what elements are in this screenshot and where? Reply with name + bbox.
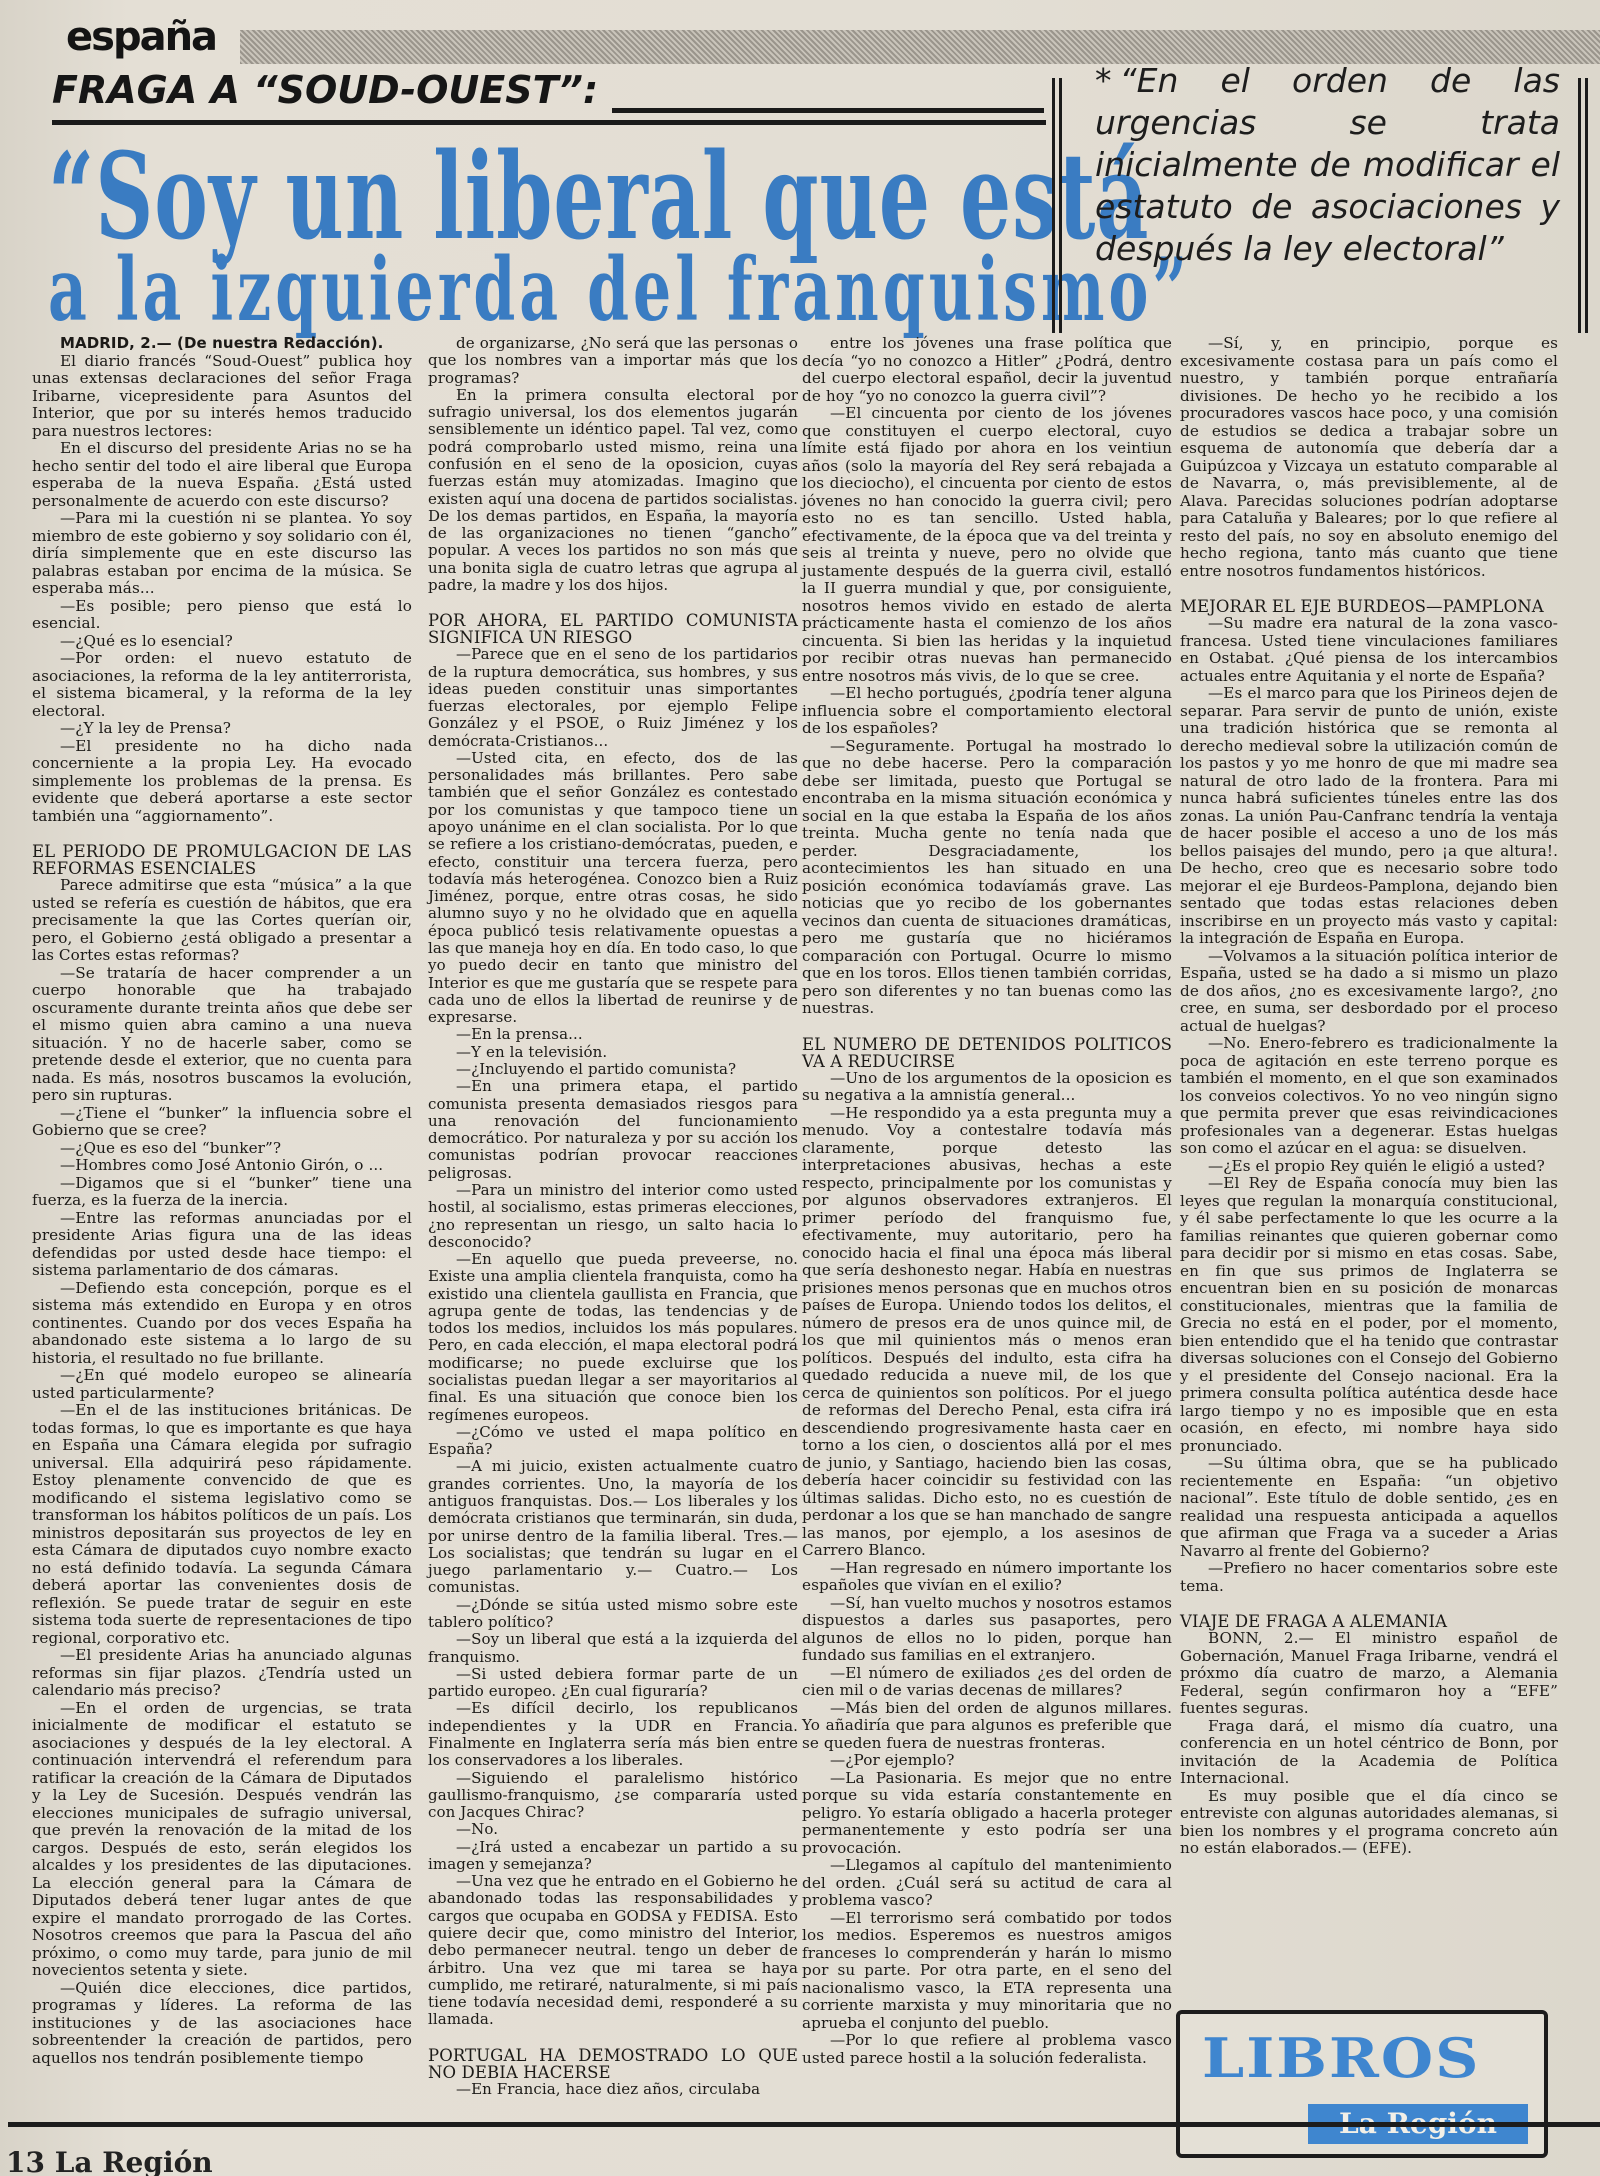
paragraph: —El número de exiliados ¿es del orden de… xyxy=(802,1665,1172,1700)
column-3-lead: entre los jóvenes una frase política que… xyxy=(802,335,1172,1018)
ad-title: LIBROS xyxy=(1202,2028,1480,2091)
paragraph: —¿Y la ley de Prensa? xyxy=(32,720,412,738)
subhead-viaje-alemania: VIAJE DE FRAGA A ALEMANIA xyxy=(1180,1613,1558,1630)
paragraph: —Por orden: el nuevo estatuto de asociac… xyxy=(32,650,412,720)
paragraph: —¿Qué es lo esencial? xyxy=(32,633,412,651)
paragraph: Parece admitirse que esta “música” a la … xyxy=(32,877,412,965)
paragraph: —Su última obra, que se ha publicado rec… xyxy=(1180,1455,1558,1560)
pullquote-rule-left-inner xyxy=(1059,78,1062,333)
paragraph: —Se trataría de hacer comprender a un cu… xyxy=(32,965,412,1105)
headline-line-2: a la izquierda del franquismo” xyxy=(48,240,1038,342)
subhead-portugal: PORTUGAL HA DEMOSTRADO LO QUE NO DEBIA H… xyxy=(428,2047,798,2081)
column-2: de organizarse, ¿No será que las persona… xyxy=(428,335,798,2098)
paragraph: —No. Enero-febrero es tradicionalmente l… xyxy=(1180,1035,1558,1158)
paragraph: —La Pasionaria. Es mejor que no entre po… xyxy=(802,1770,1172,1858)
paragraph: —Entre las reformas anunciadas por el pr… xyxy=(32,1210,412,1280)
paragraph: En el discurso del presidente Arias no s… xyxy=(32,440,412,510)
paragraph: BONN, 2.— El ministro español de Goberna… xyxy=(1180,1630,1558,1718)
paragraph: Fraga dará, el mismo día cuatro, una con… xyxy=(1180,1718,1558,1788)
column-2-body: —Parece que en el seno de los partidario… xyxy=(428,646,798,2029)
paragraph: —Quién dice elecciones, dice partidos, p… xyxy=(32,1980,412,2068)
paragraph: —Volvamos a la situación política interi… xyxy=(1180,948,1558,1036)
paragraph: —Parece que en el seno de los partidario… xyxy=(428,646,798,750)
subhead-eje-burdeos-pamplona: MEJORAR EL EJE BURDEOS—PAMPLONA xyxy=(1180,598,1558,615)
paragraph: —Siguiendo el paralelismo histórico gaul… xyxy=(428,1770,798,1822)
paragraph: —¿Es el propio Rey quién le eligió a ust… xyxy=(1180,1158,1558,1176)
paragraph: El diario francés “Soud-Ouest” publica h… xyxy=(32,353,412,441)
paragraph: —¿Por ejemplo? xyxy=(802,1752,1172,1770)
headline-top-rule xyxy=(52,120,1046,125)
column-3: entre los jóvenes una frase política que… xyxy=(802,335,1172,2067)
paragraph: —No. xyxy=(428,1821,798,1838)
paragraph: de organizarse, ¿No será que las persona… xyxy=(428,335,798,387)
dateline: MADRID, 2.— (De nuestra Redacción). xyxy=(32,335,412,353)
paragraph: —En el de las instituciones británicas. … xyxy=(32,1402,412,1647)
paragraph: —El presidente Arias ha anunciado alguna… xyxy=(32,1647,412,1700)
column-4-lead: —Sí, y, en principio, porque es excesiva… xyxy=(1180,335,1558,580)
paragraph: —El Rey de España conocía muy bien las l… xyxy=(1180,1175,1558,1455)
paragraph: —Soy un liberal que está a la izquierda … xyxy=(428,1631,798,1666)
kicker-rule xyxy=(612,108,1044,113)
column-4-tail: BONN, 2.— El ministro español de Goberna… xyxy=(1180,1630,1558,1858)
paragraph: —Es posible; pero pienso que está lo ese… xyxy=(32,598,412,633)
column-2-tail: —En Francia, hace diez años, circulaba xyxy=(428,2081,798,2098)
paragraph: —Hombres como José Antonio Girón, o ... xyxy=(32,1157,412,1175)
column-4-body: —Su madre era natural de la zona vasco-f… xyxy=(1180,615,1558,1595)
paragraph: —Han regresado en número importante los … xyxy=(802,1560,1172,1595)
paragraph: —A mi juicio, existen actualmente cuatro… xyxy=(428,1458,798,1596)
subhead-detenidos-politicos: EL NUMERO DE DETENIDOS POLITICOS VA A RE… xyxy=(802,1036,1172,1070)
section-name: españa xyxy=(66,14,216,60)
section-header-bar xyxy=(240,30,1600,64)
libros-ad: LIBROS La Región xyxy=(1176,2010,1548,2158)
pull-quote: *“En el orden de las urgencias se trata … xyxy=(1095,60,1560,270)
paragraph: —Seguramente. Portugal ha mostrado lo qu… xyxy=(802,738,1172,1018)
column-1-lead: El diario francés “Soud-Ouest” publica h… xyxy=(32,353,412,826)
page-folio: 13 La Región xyxy=(6,2146,213,2176)
article-kicker: FRAGA A “SOUD-OUEST”: xyxy=(52,68,598,112)
paragraph: —El presidente no ha dicho nada concerni… xyxy=(32,738,412,826)
paragraph: En la primera consulta electoral por suf… xyxy=(428,387,798,594)
paragraph: —El terrorismo será combatido por todos … xyxy=(802,1910,1172,2033)
paragraph: —¿Dónde se sitúa usted mismo sobre este … xyxy=(428,1597,798,1632)
subhead-partido-comunista: POR AHORA, EL PARTIDO COMUNISTA SIGNIFIC… xyxy=(428,612,798,646)
newspaper-page: españa FRAGA A “SOUD-OUEST”: “Soy un lib… xyxy=(0,0,1600,2176)
paragraph: —Si usted debiera formar parte de un par… xyxy=(428,1666,798,1701)
asterisk-marker: * xyxy=(1095,61,1112,100)
paragraph: —Defiendo esta concepción, porque es el … xyxy=(32,1280,412,1368)
paragraph: —En aquello que pueda preveerse, no. Exi… xyxy=(428,1251,798,1424)
pull-quote-text: “En el orden de las urgencias se trata i… xyxy=(1095,61,1560,268)
paragraph: —Es el marco para que los Pirineos dejen… xyxy=(1180,685,1558,948)
paragraph: —Es difícil decirlo, los republicanos in… xyxy=(428,1700,798,1769)
paragraph: —Sí, y, en principio, porque es excesiva… xyxy=(1180,335,1558,580)
paragraph: —Uno de los argumentos de la oposicion e… xyxy=(802,1070,1172,1105)
paragraph: —El hecho portugués, ¿podría tener algun… xyxy=(802,685,1172,738)
paragraph: —Su madre era natural de la zona vasco-f… xyxy=(1180,615,1558,685)
pullquote-rule-right xyxy=(1578,78,1581,333)
paragraph: —En el orden de urgencias, se trata inic… xyxy=(32,1700,412,1980)
paragraph: —En Francia, hace diez años, circulaba xyxy=(428,2081,798,2098)
column-4: —Sí, y, en principio, porque es excesiva… xyxy=(1180,335,1558,1858)
paragraph: —En una primera etapa, el partido comuni… xyxy=(428,1078,798,1182)
paragraph: —En la prensa... xyxy=(428,1026,798,1043)
column-1-body: Parece admitirse que esta “música” a la … xyxy=(32,877,412,2067)
pullquote-rule-right-inner xyxy=(1585,78,1588,333)
column-1: MADRID, 2.— (De nuestra Redacción). El d… xyxy=(32,335,412,2067)
pullquote-rule-left xyxy=(1052,78,1055,333)
subhead-periodo-reformas: EL PERIODO DE PROMULGACION DE LAS REFORM… xyxy=(32,843,412,877)
paragraph: —¿Tiene el “bunker” la influencia sobre … xyxy=(32,1105,412,1140)
column-3-body: —Uno de los argumentos de la oposicion e… xyxy=(802,1070,1172,2068)
paragraph: —¿En qué modelo europeo se alinearía ust… xyxy=(32,1367,412,1402)
paragraph: —Usted cita, en efecto, dos de las perso… xyxy=(428,750,798,1027)
paragraph: —Una vez que he entrado en el Gobierno h… xyxy=(428,1873,798,2029)
paragraph: —Digamos que si el “bunker” tiene una fu… xyxy=(32,1175,412,1210)
paragraph: —Y en la televisión. xyxy=(428,1044,798,1061)
paragraph: —Por lo que refiere al problema vasco us… xyxy=(802,2032,1172,2067)
paragraph: —Sí, han vuelto muchos y nosotros estamo… xyxy=(802,1595,1172,1665)
paragraph: —¿Incluyendo el partido comunista? xyxy=(428,1061,798,1078)
paragraph: —He respondido ya a esta pregunta muy a … xyxy=(802,1105,1172,1560)
paragraph: —Llegamos al capítulo del mantenimiento … xyxy=(802,1857,1172,1910)
column-2-lead: de organizarse, ¿No será que las persona… xyxy=(428,335,798,594)
paragraph: —El cincuenta por ciento de los jóvenes … xyxy=(802,405,1172,685)
paragraph: —¿Irá usted a encabezar un partido a su … xyxy=(428,1839,798,1874)
footer-rule xyxy=(8,2122,1600,2127)
paragraph: —Para mi la cuestión ni se plantea. Yo s… xyxy=(32,510,412,598)
paragraph: Es muy posible que el día cinco se entre… xyxy=(1180,1788,1558,1858)
paragraph: —Más bien del orden de algunos millares.… xyxy=(802,1700,1172,1753)
paragraph: —Para un ministro del interior como uste… xyxy=(428,1182,798,1251)
paragraph: —Prefiero no hacer comentarios sobre est… xyxy=(1180,1560,1558,1595)
paragraph: entre los jóvenes una frase política que… xyxy=(802,335,1172,405)
paragraph: —¿Que es eso del “bunker”? xyxy=(32,1140,412,1158)
paragraph: —¿Cómo ve usted el mapa político en Espa… xyxy=(428,1424,798,1459)
